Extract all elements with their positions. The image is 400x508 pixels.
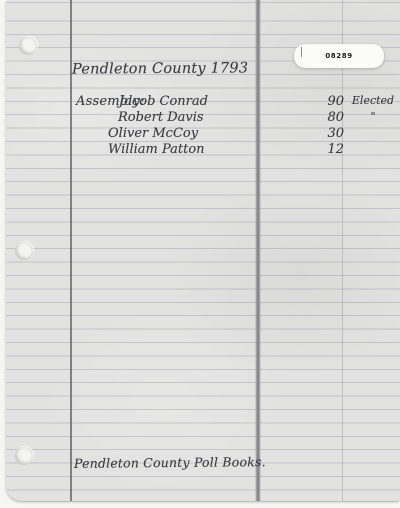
sticker-number: 08289	[294, 52, 384, 60]
vote-count: 12	[320, 142, 344, 157]
center-fold-line	[255, 0, 261, 501]
footer-note: Pendleton County Poll Books.	[74, 454, 266, 471]
vote-count: 80	[320, 110, 344, 125]
entry-row: Oliver McCoy 30	[6, 126, 400, 142]
notebook-paper: 08289 Pendleton County 1793 Assembly: Ja…	[6, 0, 400, 502]
punch-hole-top	[19, 37, 37, 55]
vote-count: 30	[320, 126, 344, 141]
candidate-name: Oliver McCoy	[108, 126, 198, 141]
candidate-name: William Patton	[108, 142, 205, 157]
right-column-line	[342, 0, 343, 501]
entry-row: Robert Davis 80 "	[6, 110, 400, 126]
election-result: Elected	[350, 94, 396, 107]
candidate-name: Robert Davis	[118, 110, 204, 125]
page-title: Pendleton County 1793	[72, 60, 248, 77]
scanned-page: 08289 Pendleton County 1793 Assembly: Ja…	[0, 0, 400, 508]
vote-count: 90	[320, 94, 344, 109]
entry-row: Jacob Conrad 90 Elected	[6, 94, 400, 110]
catalog-sticker: 08289	[294, 44, 384, 68]
election-result-ditto: "	[350, 110, 396, 123]
punch-hole-middle	[15, 242, 33, 260]
entry-row: William Patton 12	[6, 142, 400, 158]
candidate-name: Jacob Conrad	[119, 94, 208, 109]
punch-hole-bottom	[15, 447, 33, 465]
